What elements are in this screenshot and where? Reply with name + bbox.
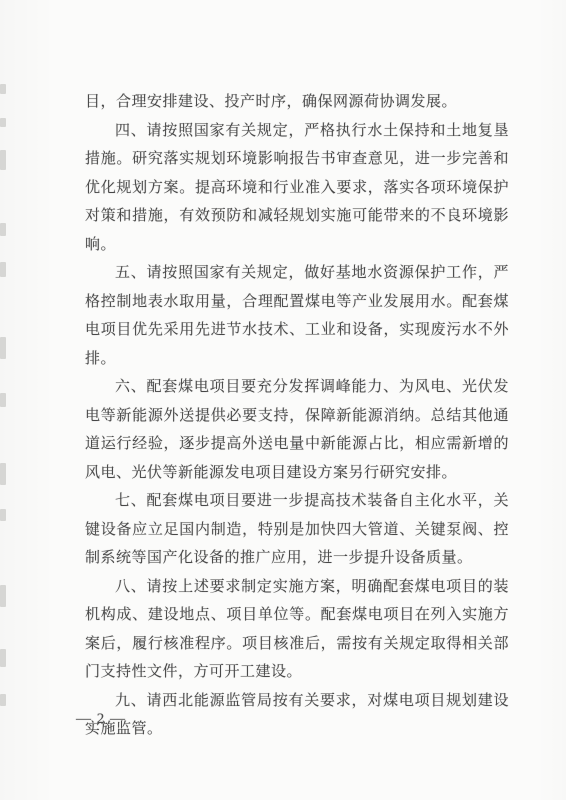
paragraph-item-7: 七、配套煤电项目要进一步提高技术装备自主化水平，关键设备应立足国内制造，特别是加… [85, 487, 509, 573]
paragraph-item-9: 九、请西北能源监管局按有关要求，对煤电项目规划建设实施监管。 [85, 687, 509, 744]
paragraph-item-8: 八、请按上述要求制定实施方案，明确配套煤电项目的装机构成、建设地点、项目单位等。… [85, 573, 509, 687]
scan-artifact-mark [0, 509, 6, 521]
document-body-text: 目，合理安排建设、投产时序，确保网源荷协调发展。 四、请按照国家有关规定，严格执… [85, 88, 509, 744]
scan-artifact-mark [0, 262, 6, 277]
paragraph-continuation: 目，合理安排建设、投产时序，确保网源荷协调发展。 [85, 88, 509, 117]
scan-artifact-mark [0, 150, 6, 170]
scan-artifact-mark [0, 585, 6, 607]
paragraph-item-5: 五、请按照国家有关规定，做好基地水资源保护工作，严格控制地表水取用量，合理配置煤… [85, 259, 509, 373]
scan-artifact-mark [0, 694, 6, 706]
scan-artifact-mark [0, 337, 6, 359]
scan-artifact-mark [0, 393, 6, 407]
page-number: — 2 — [76, 711, 126, 728]
scan-artifact-mark [0, 84, 6, 94]
scan-artifact-mark [0, 649, 6, 667]
scan-artifact-mark [0, 463, 6, 485]
paragraph-item-6: 六、配套煤电项目要充分发挥调峰能力、为风电、光伏发电等新能源外送提供必要支持，保… [85, 373, 509, 487]
scan-artifact-mark [0, 223, 6, 236]
document-page: 目，合理安排建设、投产时序，确保网源荷协调发展。 四、请按照国家有关规定，严格执… [0, 0, 566, 800]
paragraph-item-4: 四、请按照国家有关规定，严格执行水土保持和土地复垦措施。研究落实规划环境影响报告… [85, 117, 509, 260]
scan-artifact-mark [0, 118, 6, 127]
